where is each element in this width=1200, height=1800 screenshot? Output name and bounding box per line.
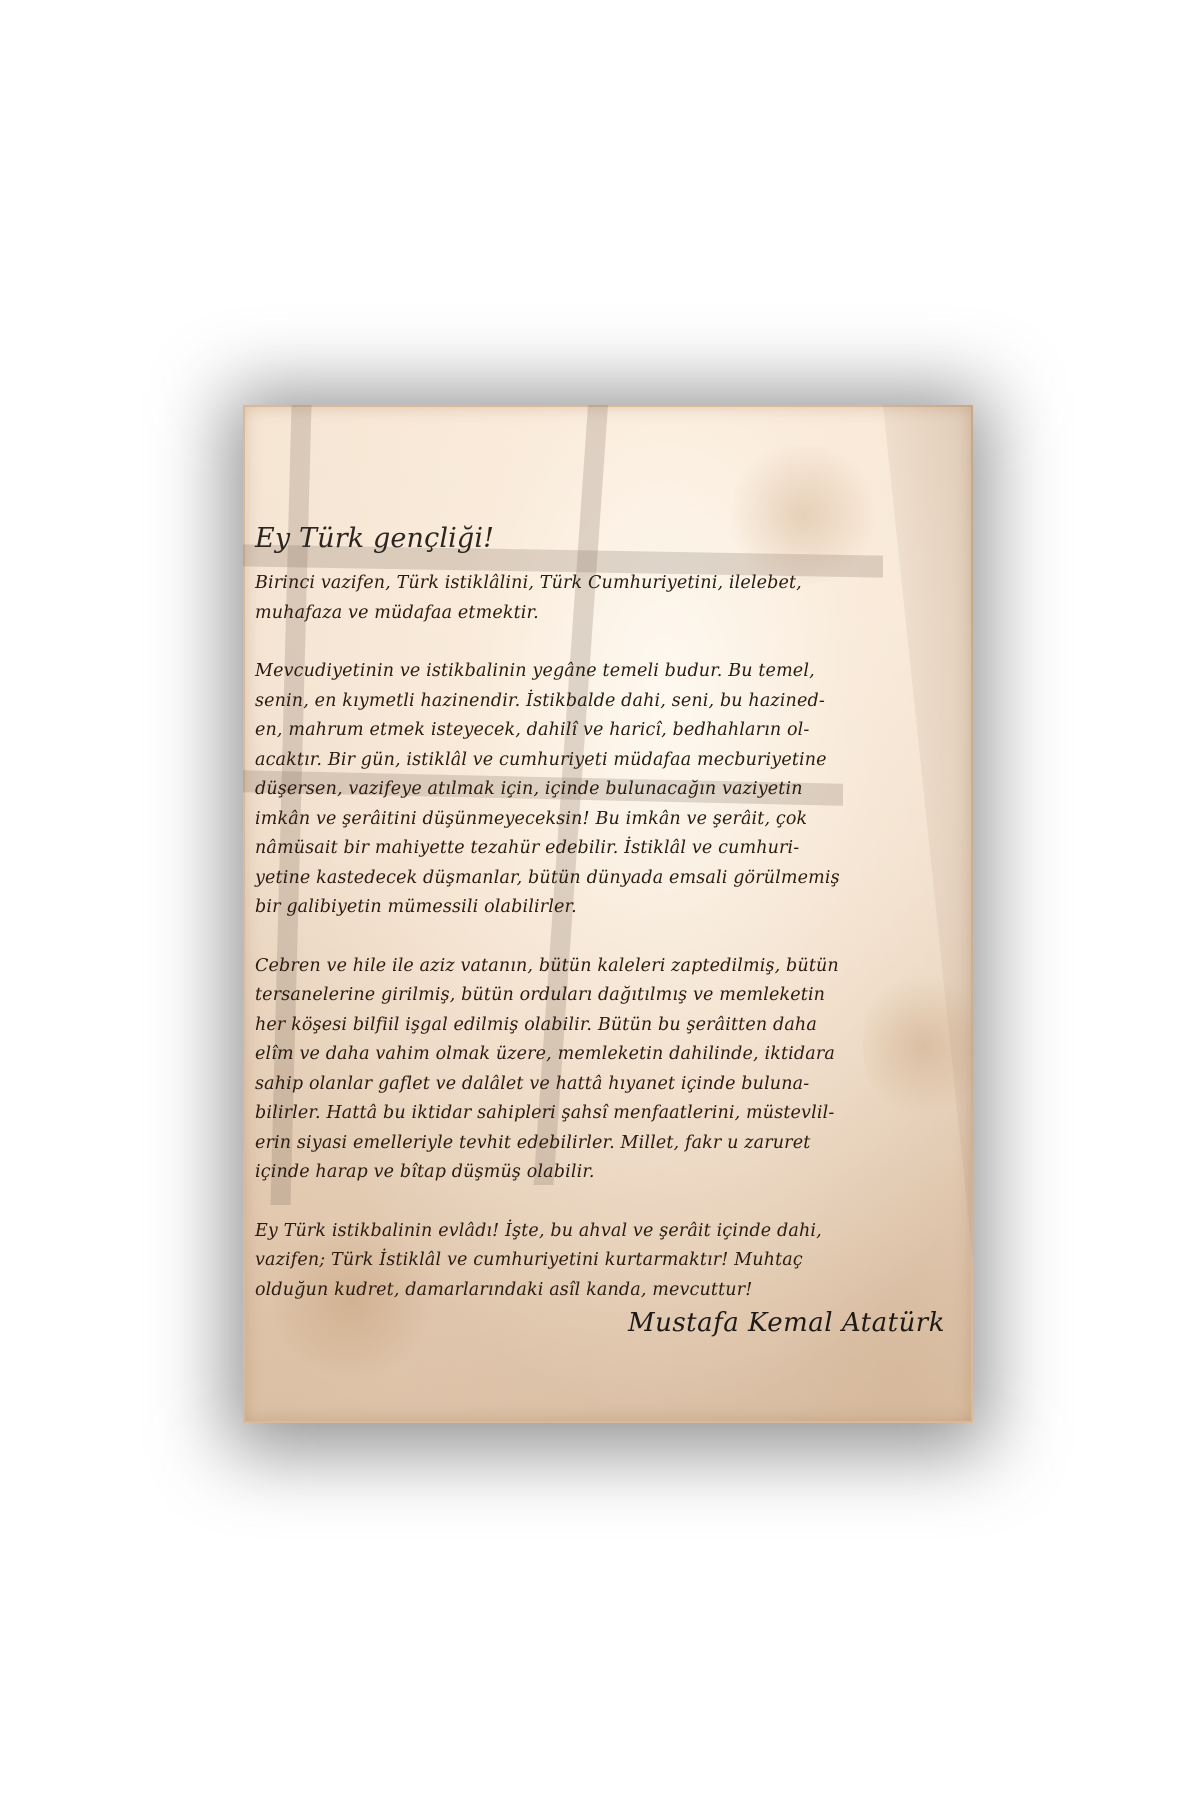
text-line: içinde harap ve bîtap düşmüş olabilir. [255, 1158, 955, 1188]
text-line: Birinci vazifen, Türk istiklâlini, Türk … [255, 569, 955, 599]
canvas-print: Ey Türk gençliği! Birinci vazifen, Türk … [243, 405, 973, 1423]
text-line: erin siyasi emelleriyle tevhit edebilirl… [255, 1129, 955, 1159]
text-line: olduğun kudret, damarlarındaki asîl kand… [255, 1276, 955, 1306]
letter-paragraphs: Birinci vazifen, Türk istiklâlini, Türk … [255, 569, 955, 1305]
text-line: elîm ve daha vahim olmak üzere, memleket… [255, 1040, 955, 1070]
text-line: acaktır. Bir gün, istiklâl ve cumhuriyet… [255, 746, 955, 776]
letter-heading: Ey Türk gençliği! [255, 521, 955, 557]
text-line: her köşesi bilfiil işgal edilmiş olabili… [255, 1011, 955, 1041]
text-line: senin, en kıymetli hazinendir. İstikbald… [255, 687, 955, 717]
paragraph: Ey Türk istikbalinin evlâdı! İşte, bu ah… [255, 1217, 955, 1306]
text-line: yetine kastedecek düşmanlar, bütün dünya… [255, 864, 955, 894]
text-line: vazifen; Türk İstiklâl ve cumhuriyetini … [255, 1246, 955, 1276]
text-line: Mevcudiyetinin ve istikbalinin yegâne te… [255, 657, 955, 687]
text-line: düşersen, vazifeye atılmak için, içinde … [255, 775, 955, 805]
text-line: en, mahrum etmek isteyecek, dahilî ve ha… [255, 716, 955, 746]
paragraph: Birinci vazifen, Türk istiklâlini, Türk … [255, 569, 955, 628]
paragraph: Mevcudiyetinin ve istikbalinin yegâne te… [255, 657, 955, 923]
text-line: Cebren ve hile ile aziz vatanın, bütün k… [255, 952, 955, 982]
text-line: tersanelerine girilmiş, bütün orduları d… [255, 981, 955, 1011]
text-line: bir galibiyetin mümessili olabilirler. [255, 893, 955, 923]
text-line: Ey Türk istikbalinin evlâdı! İşte, bu ah… [255, 1217, 955, 1247]
text-line: imkân ve şerâitini düşünmeyeceksin! Bu i… [255, 805, 955, 835]
paragraph: Cebren ve hile ile aziz vatanın, bütün k… [255, 952, 955, 1188]
signature: Mustafa Kemal Atatürk [628, 1308, 945, 1338]
text-line: muhafaza ve müdafaa etmektir. [255, 599, 955, 629]
text-line: sahip olanlar gaflet ve dalâlet ve hattâ… [255, 1070, 955, 1100]
text-line: nâmüsait bir mahiyette tezahür edebilir.… [255, 834, 955, 864]
text-line: bilirler. Hattâ bu iktidar sahipleri şah… [255, 1099, 955, 1129]
letter-body: Ey Türk gençliği! Birinci vazifen, Türk … [255, 521, 955, 1334]
